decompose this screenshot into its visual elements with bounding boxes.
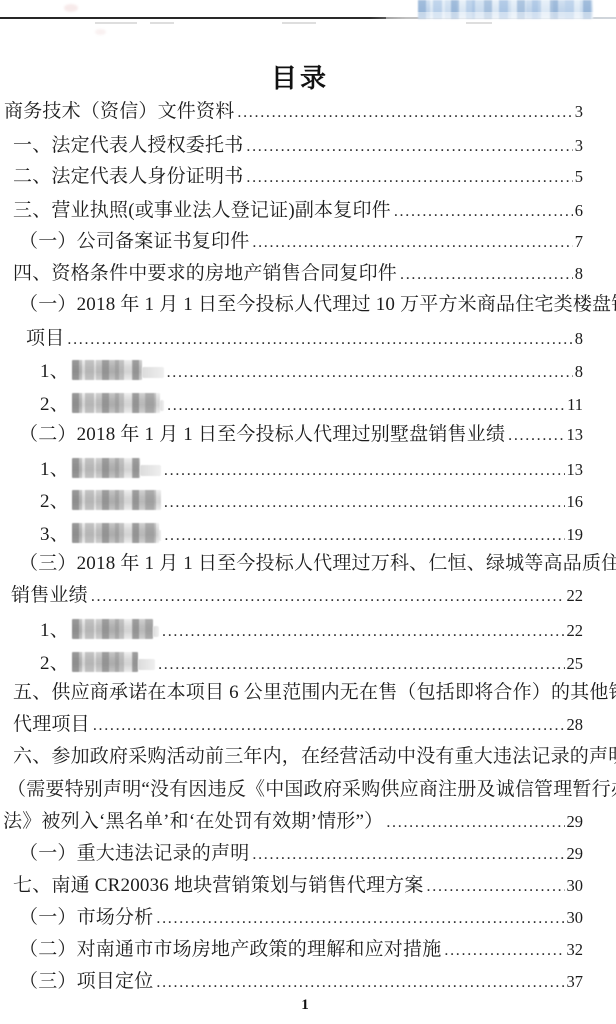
toc-entry-label: 1、: [40, 619, 69, 643]
toc-page-number: 6: [575, 199, 583, 223]
redacted-text: [160, 400, 164, 411]
dot-leader: [156, 971, 564, 995]
dot-leader: [91, 585, 565, 609]
toc-entry-label: 六、参加政府采购活动前三年内，在经营活动中没有重大违法记录的声明: [13, 745, 616, 769]
toc-page-number: 22: [567, 584, 584, 608]
toc-entry: （二）对南通市市场房地产政策的理解和应对措施 32: [19, 938, 583, 963]
toc-entry: （需要特别声明“没有因违反《中国政府采购供应商注册及诚信管理暂行办: [7, 778, 616, 803]
redacted-text: [72, 619, 153, 639]
scan-artifact: [95, 22, 137, 24]
toc-entry-label: 2、: [40, 393, 69, 417]
toc-entry: （一）公司备案证书复印件 7: [19, 230, 583, 255]
toc-entry-label: （二）对南通市市场房地产政策的理解和应对措施: [19, 938, 441, 962]
dot-leader: [237, 101, 572, 125]
dot-leader: [158, 653, 564, 677]
toc-entry-label: 代理项目: [13, 713, 90, 737]
toc-entry-label: 销售业绩: [11, 584, 88, 608]
toc-entry-label: 七、南通 CR20036 地块营销策划与销售代理方案: [13, 874, 424, 898]
toc-entry: 1、 13: [40, 455, 583, 480]
toc-entry-label: （一）重大违法记录的声明: [19, 842, 249, 866]
toc-entry-label: 1、: [40, 458, 69, 482]
toc-page-number: 3: [575, 134, 583, 158]
toc-page-number: 13: [567, 458, 584, 482]
dot-leader: [164, 491, 565, 515]
redacted-text: [159, 530, 162, 541]
toc-entry: 1、 22: [40, 616, 583, 641]
dot-leader: [394, 200, 573, 224]
toc-entry: 代理项目 28: [13, 713, 583, 738]
toc-entry: 一、法定代表人授权委托书 3: [13, 134, 583, 159]
toc-page-number: 29: [567, 842, 584, 866]
redacted-text: [72, 458, 140, 478]
toc-entry-label: （一）市场分析: [19, 906, 153, 930]
dot-leader: [93, 714, 565, 738]
dot-leader: [508, 424, 564, 448]
toc-entry-label: 2、: [40, 652, 69, 676]
dot-leader: [156, 907, 564, 931]
toc-entry-label: （一）公司备案证书复印件: [19, 230, 249, 254]
toc-entry-label: 商务技术（资信）文件资料: [4, 100, 234, 124]
toc-entry: 法》被列入‘黑名单’和‘在处罚有效期’情形”） 29: [3, 810, 583, 835]
toc-entry: 四、资格条件中要求的房地产销售合同复印件 8: [13, 262, 583, 287]
redacted-text: [72, 360, 142, 380]
redacted-text: [153, 626, 159, 637]
toc-entry-label: （需要特别声明“没有因违反《中国政府采购供应商注册及诚信管理暂行办: [7, 778, 616, 802]
toc-page-number: 3: [575, 100, 583, 124]
toc-page-number: 30: [567, 874, 584, 898]
redacted-text: [72, 490, 161, 510]
toc-entry-label: 1、: [40, 360, 69, 384]
toc-page-number: 22: [567, 619, 584, 643]
toc-entry: （一）重大违法记录的声明 29: [19, 842, 583, 867]
toc-entry-label: 3、: [40, 523, 69, 547]
toc-entry: 2、 25: [40, 649, 583, 674]
dot-leader: [427, 875, 565, 899]
toc-entry: 商务技术（资信）文件资料 3: [4, 100, 583, 125]
toc-page-number: 7: [575, 230, 583, 254]
dot-leader: [167, 394, 565, 418]
dot-leader: [164, 524, 564, 548]
scan-artifact: [95, 29, 106, 35]
toc-entry: （三）2018 年 1 月 1 日至今投标人代理过万科、仁恒、绿城等高品质住宅: [19, 552, 616, 577]
toc-page-number: 8: [575, 327, 583, 351]
scan-artifact: [150, 22, 174, 24]
toc-entry-label: 法》被列入‘黑名单’和‘在处罚有效期’情形”）: [3, 810, 383, 834]
toc-entry: 销售业绩 22: [11, 584, 583, 609]
dot-leader: [252, 231, 572, 255]
toc-page-number: 28: [567, 713, 584, 737]
dot-leader: [252, 843, 564, 867]
toc-entry: 项目 8: [26, 327, 583, 352]
toc-page-number: 8: [575, 360, 583, 384]
toc-entry-label: 二、法定代表人身份证明书: [13, 165, 243, 189]
toc-entry-label: （三）项目定位: [19, 970, 153, 994]
toc-entry-label: （一）2018 年 1 月 1 日至今投标人代理过 10 万平方米商品住宅类楼盘…: [19, 293, 616, 317]
toc-entry-label: 项目: [26, 327, 64, 351]
toc-entry: 三、营业执照(或事业法人登记证)副本复印件 6: [13, 199, 583, 224]
toc-entry: 3、 19: [40, 520, 583, 545]
toc-entry-label: 2、: [40, 490, 69, 514]
toc-entry: 六、参加政府采购活动前三年内，在经营活动中没有重大违法记录的声明: [13, 745, 616, 770]
toc-entry-label: 四、资格条件中要求的房地产销售合同复印件: [13, 262, 397, 286]
redacted-text: [140, 465, 161, 476]
redacted-text: [72, 523, 159, 543]
scan-artifact: [64, 4, 78, 12]
toc-page-number: 32: [567, 938, 584, 962]
toc-page-number: 8: [575, 262, 583, 286]
dot-leader: [162, 620, 565, 644]
toc-entry-label: 一、法定代表人授权委托书: [13, 134, 243, 158]
toc-page-number: 11: [567, 393, 583, 417]
dot-leader: [444, 939, 564, 963]
toc-entry-label: （二）2018 年 1 月 1 日至今投标人代理过别墅盘销售业绩: [19, 423, 505, 447]
redacted-text: [72, 652, 139, 672]
scan-artifact: [282, 22, 316, 24]
toc-entry: 七、南通 CR20036 地块营销策划与销售代理方案 30: [13, 874, 583, 899]
toc-page-number: 29: [567, 810, 584, 834]
dot-leader: [246, 166, 572, 190]
dot-leader: [164, 459, 565, 483]
toc-entry-label: （三）2018 年 1 月 1 日至今投标人代理过万科、仁恒、绿城等高品质住宅: [19, 552, 616, 576]
dot-leader: [167, 361, 573, 385]
scan-artifact: [466, 22, 492, 24]
dot-leader: [67, 328, 572, 352]
toc-entry-label: 三、营业执照(或事业法人登记证)副本复印件: [13, 199, 391, 223]
dot-leader: [246, 135, 572, 159]
toc-entry: 五、供应商承诺在本项目 6 公里范围内无在售（包括即将合作）的其他销售: [13, 681, 616, 706]
toc-entry: （一）市场分析 30: [19, 906, 583, 931]
redacted-text: [138, 659, 155, 670]
toc-page-number: 25: [567, 652, 584, 676]
toc-title: 目录: [0, 58, 600, 95]
toc-entry: 2、 11: [40, 390, 583, 415]
header-blur-haze: [386, 12, 616, 24]
toc-page-number: 5: [575, 165, 583, 189]
toc-entry-label: 五、供应商承诺在本项目 6 公里范围内无在售（包括即将合作）的其他销售: [13, 681, 616, 705]
dot-leader: [400, 263, 573, 287]
redacted-text: [142, 367, 164, 378]
toc-entry: （二）2018 年 1 月 1 日至今投标人代理过别墅盘销售业绩 13: [19, 423, 583, 448]
dot-leader: [386, 811, 564, 835]
toc-page-number: 37: [567, 970, 584, 994]
toc-page-number: 30: [567, 906, 584, 930]
page-footer-number: 1: [0, 997, 610, 1014]
toc-entry: （一）2018 年 1 月 1 日至今投标人代理过 10 万平方米商品住宅类楼盘…: [19, 293, 616, 318]
toc-entry: 1、 8: [40, 357, 583, 382]
toc-page-number: 13: [567, 423, 584, 447]
toc-entry: 2、 16: [40, 487, 583, 512]
toc-entry: （三）项目定位 37: [19, 970, 583, 995]
toc-entry: 二、法定代表人身份证明书 5: [13, 165, 583, 190]
redacted-text: [72, 393, 160, 413]
toc-page-number: 16: [567, 490, 584, 514]
toc-page-number: 19: [567, 523, 584, 547]
